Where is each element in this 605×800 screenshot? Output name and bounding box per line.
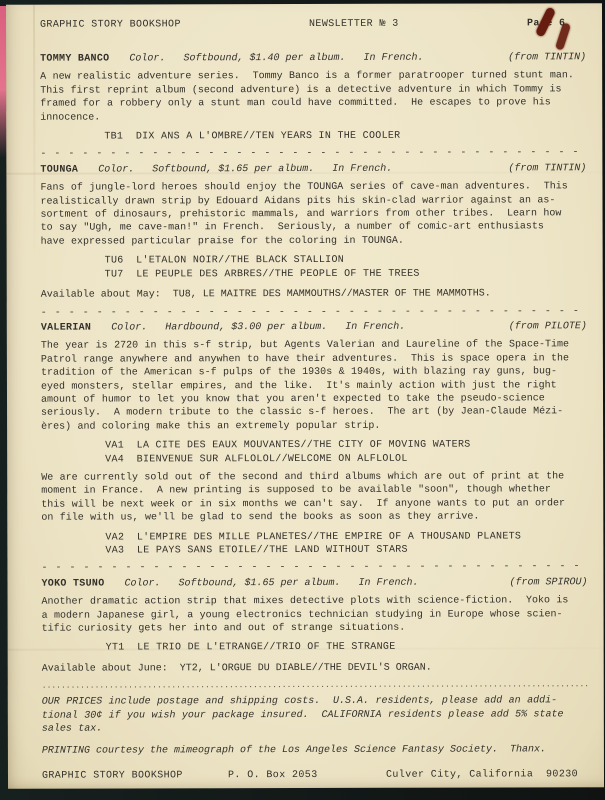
printing-credit-note: PRINTING courtesy the mimeograph of the … bbox=[42, 744, 588, 759]
header-newsletter-number: NEWSLETTER № 3 bbox=[309, 18, 399, 32]
album-entry: VA3 LE PAYS SANS ETOILE//THE LAND WITHOU… bbox=[105, 543, 587, 558]
album-entry: TU6 L'ETALON NOIR//THE BLACK STALLION bbox=[105, 254, 587, 269]
album-list: VA1 LA CITE DES EAUX MOUVANTES//THE CITY… bbox=[41, 438, 587, 466]
footer-po-box: P. O. Box 2053 bbox=[228, 769, 318, 783]
series-source: (from PILOTE) bbox=[509, 320, 587, 334]
series-source: (from SPIROU) bbox=[509, 576, 587, 590]
section-paragraph: We are currently sold out of the second … bbox=[41, 470, 587, 525]
page-header: GRAPHIC STORY BOOKSHOP NEWSLETTER № 3 Pa… bbox=[40, 17, 586, 32]
section-heading: TOUNGA Color. Softbound, $1.65 per album… bbox=[40, 162, 586, 177]
section-paragraph: The year is 2720 in this s-f strip, but … bbox=[41, 339, 587, 434]
series-source: (from TINTIN) bbox=[508, 51, 586, 65]
section-valerian: VALERIAN Color. Hardbound, $3.00 per alb… bbox=[41, 320, 588, 575]
section-paragraph: A new realistic adventure series. Tommy … bbox=[40, 70, 586, 125]
scanned-newsletter-page: { "page": { "paper_color": "#eee5c8", "i… bbox=[0, 0, 605, 800]
album-entry: VA2 L'EMPIRE DES MILLE PLANETES//THE EMP… bbox=[105, 530, 587, 545]
album-entry: TU7 LE PEUPLE DES ARBRES//THE PEOPLE OF … bbox=[105, 267, 587, 282]
section-heading: YOKO TSUNO Color. Softbound, $1.65 per a… bbox=[41, 576, 587, 591]
footer-city-state-zip: Culver City, California 90230 bbox=[386, 768, 578, 782]
paper-crease bbox=[33, 5, 36, 265]
series-source: (from TINTIN) bbox=[508, 162, 586, 176]
album-list: TB1 DIX ANS A L'OMBRE//TEN YEARS IN THE … bbox=[40, 129, 586, 144]
section-heading: VALERIAN Color. Hardbound, $3.00 per alb… bbox=[41, 320, 587, 335]
album-entry: VA4 BIENVENUE SUR ALFLOLOL//WELCOME ON A… bbox=[105, 452, 587, 467]
footer-shop-name: GRAPHIC STORY BOOKSHOP bbox=[42, 769, 183, 783]
series-title: YOKO TSUNO bbox=[41, 577, 104, 591]
album-entry: TB1 DIX ANS A L'OMBRE//TEN YEARS IN THE … bbox=[104, 129, 586, 144]
series-details: Color. Softbound, $1.65 per album. In Fr… bbox=[98, 162, 508, 176]
album-list: YT1 LE TRIO DE L'ETRANGE//TRIO OF THE ST… bbox=[42, 641, 588, 656]
album-entry: VA1 LA CITE DES EAUX MOUVANTES//THE CITY… bbox=[105, 438, 587, 453]
dotted-separator: ........................................… bbox=[42, 681, 588, 692]
series-title: TOUNGA bbox=[40, 163, 78, 177]
section-paragraph: Fans of jungle-lord heroes should enjoy … bbox=[40, 181, 586, 249]
availability-note: Available about June: YT2, L'ORGUE DU DI… bbox=[42, 661, 588, 676]
section-tommy-banco: TOMMY BANCO Color. Softbound, $1.40 per … bbox=[40, 51, 586, 161]
section-tounga: TOUNGA Color. Softbound, $1.65 per album… bbox=[40, 162, 586, 319]
section-yoko-tsuno: YOKO TSUNO Color. Softbound, $1.65 per a… bbox=[41, 576, 587, 692]
header-shop-name: GRAPHIC STORY BOOKSHOP bbox=[40, 18, 181, 32]
series-details: Color. Hardbound, $3.00 per album. In Fr… bbox=[111, 320, 509, 334]
series-title: VALERIAN bbox=[41, 321, 91, 335]
album-list: VA2 L'EMPIRE DES MILLE PLANETES//THE EMP… bbox=[41, 530, 587, 558]
album-entry: YT1 LE TRIO DE L'ETRANGE//TRIO OF THE ST… bbox=[106, 641, 588, 656]
newsletter-paper: GRAPHIC STORY BOOKSHOP NEWSLETTER № 3 Pa… bbox=[6, 3, 604, 789]
album-list: TU6 L'ETALON NOIR//THE BLACK STALLION TU… bbox=[41, 254, 587, 282]
availability-note: Available about May: TU8, LE MAITRE DES … bbox=[41, 287, 587, 302]
dashed-separator: - - - - - - - - - - - - - - - - - - - - … bbox=[41, 305, 587, 320]
dashed-separator: - - - - - - - - - - - - - - - - - - - - … bbox=[41, 561, 587, 576]
section-heading: TOMMY BANCO Color. Softbound, $1.40 per … bbox=[40, 51, 586, 66]
series-title: TOMMY BANCO bbox=[40, 53, 109, 67]
series-details: Color. Softbound, $1.65 per album. In Fr… bbox=[124, 576, 509, 590]
section-paragraph: Another dramatic action strip that mixes… bbox=[42, 594, 588, 636]
prices-note: OUR PRICES include postage and shipping … bbox=[42, 695, 588, 737]
dashed-separator: - - - - - - - - - - - - - - - - - - - - … bbox=[40, 147, 586, 162]
page-footer: GRAPHIC STORY BOOKSHOP P. O. Box 2053 Cu… bbox=[42, 768, 588, 783]
series-details: Color. Softbound, $1.40 per album. In Fr… bbox=[129, 51, 508, 65]
